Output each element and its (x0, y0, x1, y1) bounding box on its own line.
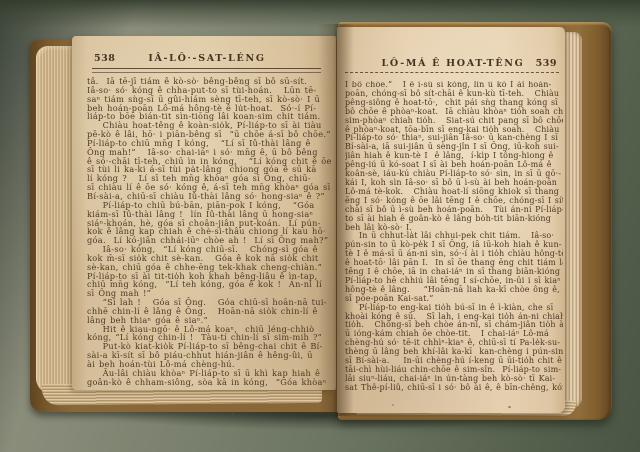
running-title-left: IÂ-LÔ·-SAT-LÉNG (94, 53, 320, 64)
page-left-text: tâ. Iā tē-jī tiám ê kò-sò· bêng-bêng sī … (87, 77, 337, 389)
page-right: LÔ-MÁ Ê HOAT-TÊNG 539 I bô chōe.” I ê ì-… (337, 27, 565, 413)
text-line: sat Thê-pí-liû, chiū-sī i só· bô ài ê, ê… (345, 384, 563, 393)
page-left-header: 538 IÂ-LÔ·-SAT-LÉNG (94, 53, 320, 65)
header-rule-right (345, 72, 559, 73)
paper-speck (232, 413, 234, 415)
page-left: 538 IÂ-LÔ·-SAT-LÉNG tâ. Iā tē-jī tiám ê … (72, 36, 336, 390)
text-line: goân-kò ê chham-siông, sòa kā in kóng, “… (87, 378, 337, 387)
paper-speck (153, 405, 155, 407)
header-rule-left (92, 68, 321, 73)
paper-speck (508, 406, 511, 408)
running-title-right: LÔ-MÁ Ê HOAT-TÊNG (347, 58, 559, 69)
page-right-header: LÔ-MÁ Ê HOAT-TÊNG 539 (347, 58, 559, 70)
book-photo-scene: 538 IÂ-LÔ·-SAT-LÉNG tâ. Iā tē-jī tiám ê … (0, 0, 640, 452)
paper-speck (392, 404, 394, 406)
page-number-right: 539 (536, 58, 557, 69)
page-right-text: I bô chōe.” I ê ì-sù sī kóng, lín ū kò I… (345, 81, 563, 394)
